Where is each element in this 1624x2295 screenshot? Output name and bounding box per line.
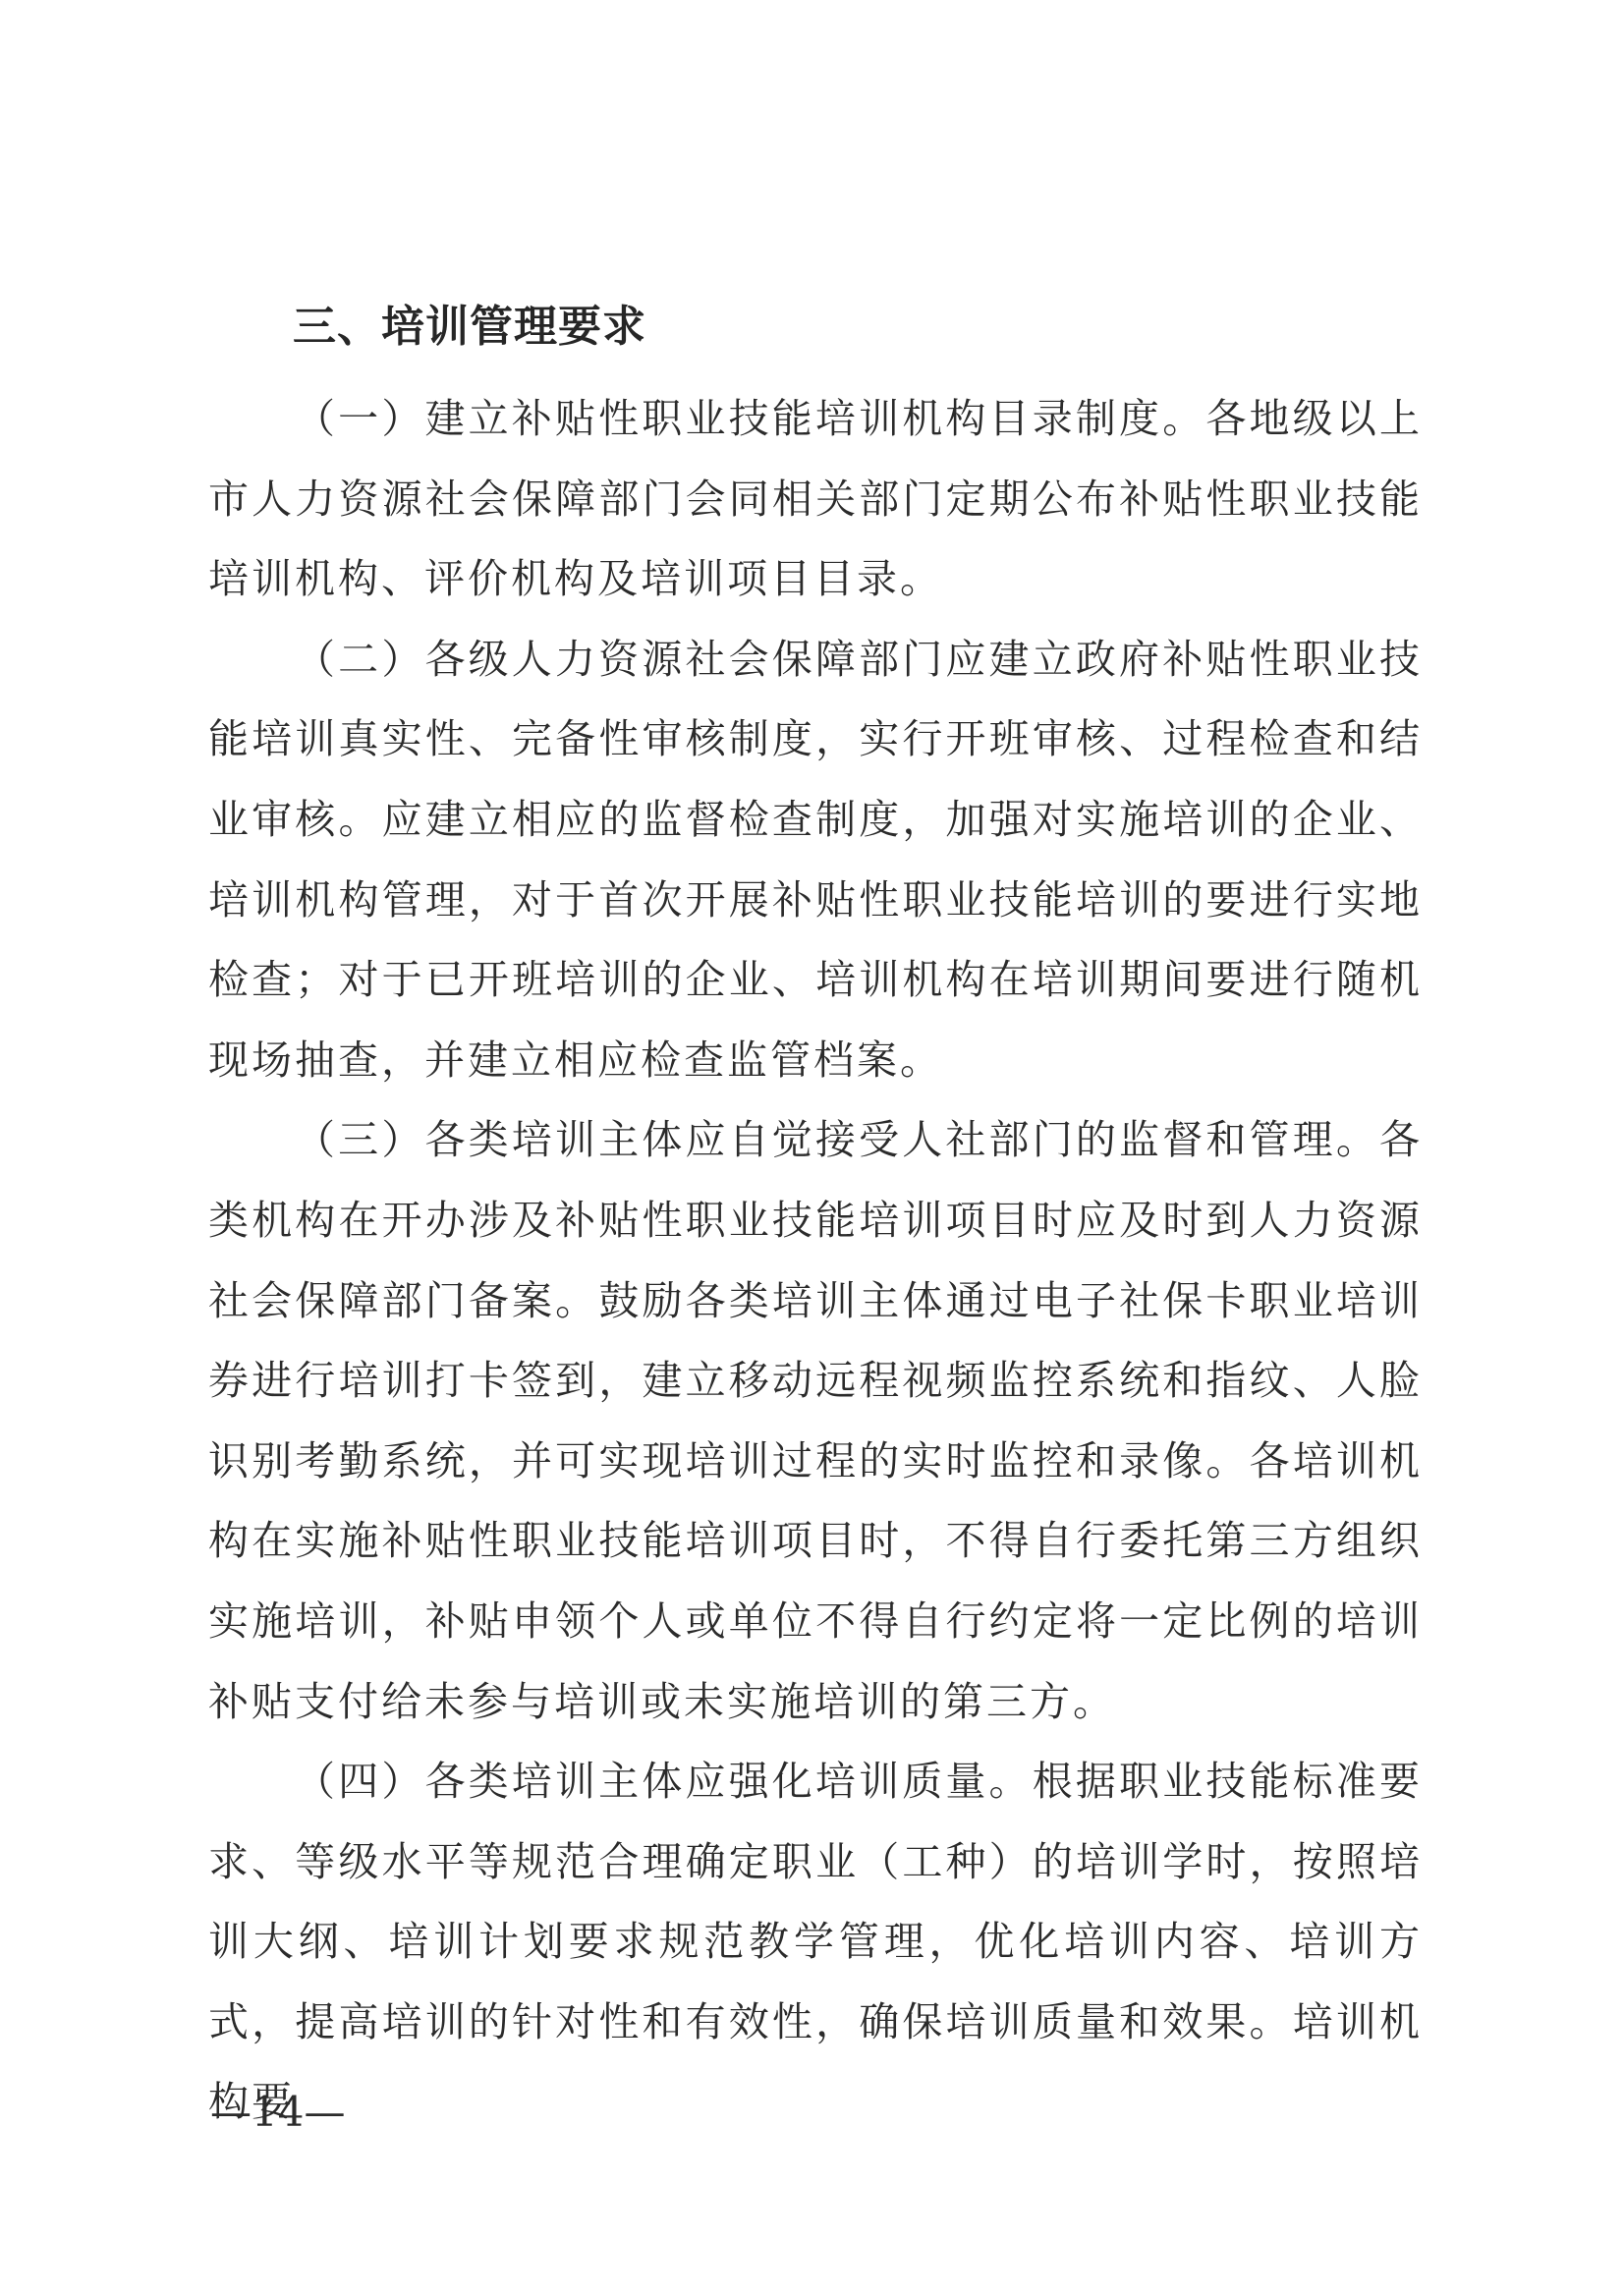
paragraph-4: （四）各类培训主体应强化培训质量。根据职业技能标准要求、等级水平等规范合理确定职… [208, 1742, 1423, 2143]
paragraph-3: （三）各类培训主体应自觉接受人社部门的监督和管理。各类机构在开办涉及补贴性职业技… [208, 1100, 1423, 1742]
document-page: 三、培训管理要求 （一）建立补贴性职业技能培训机构目录制度。各地级以上市人力资源… [0, 0, 1624, 2295]
paragraph-1: （一）建立补贴性职业技能培训机构目录制度。各地级以上市人力资源社会保障部门会同相… [208, 379, 1423, 620]
body-text: （一）建立补贴性职业技能培训机构目录制度。各地级以上市人力资源社会保障部门会同相… [208, 379, 1423, 2143]
page-number: —14— [210, 2085, 345, 2140]
paragraph-2: （二）各级人力资源社会保障部门应建立政府补贴性职业技能培训真实性、完备性审核制度… [208, 620, 1423, 1101]
section-heading: 三、培训管理要求 [293, 299, 646, 356]
